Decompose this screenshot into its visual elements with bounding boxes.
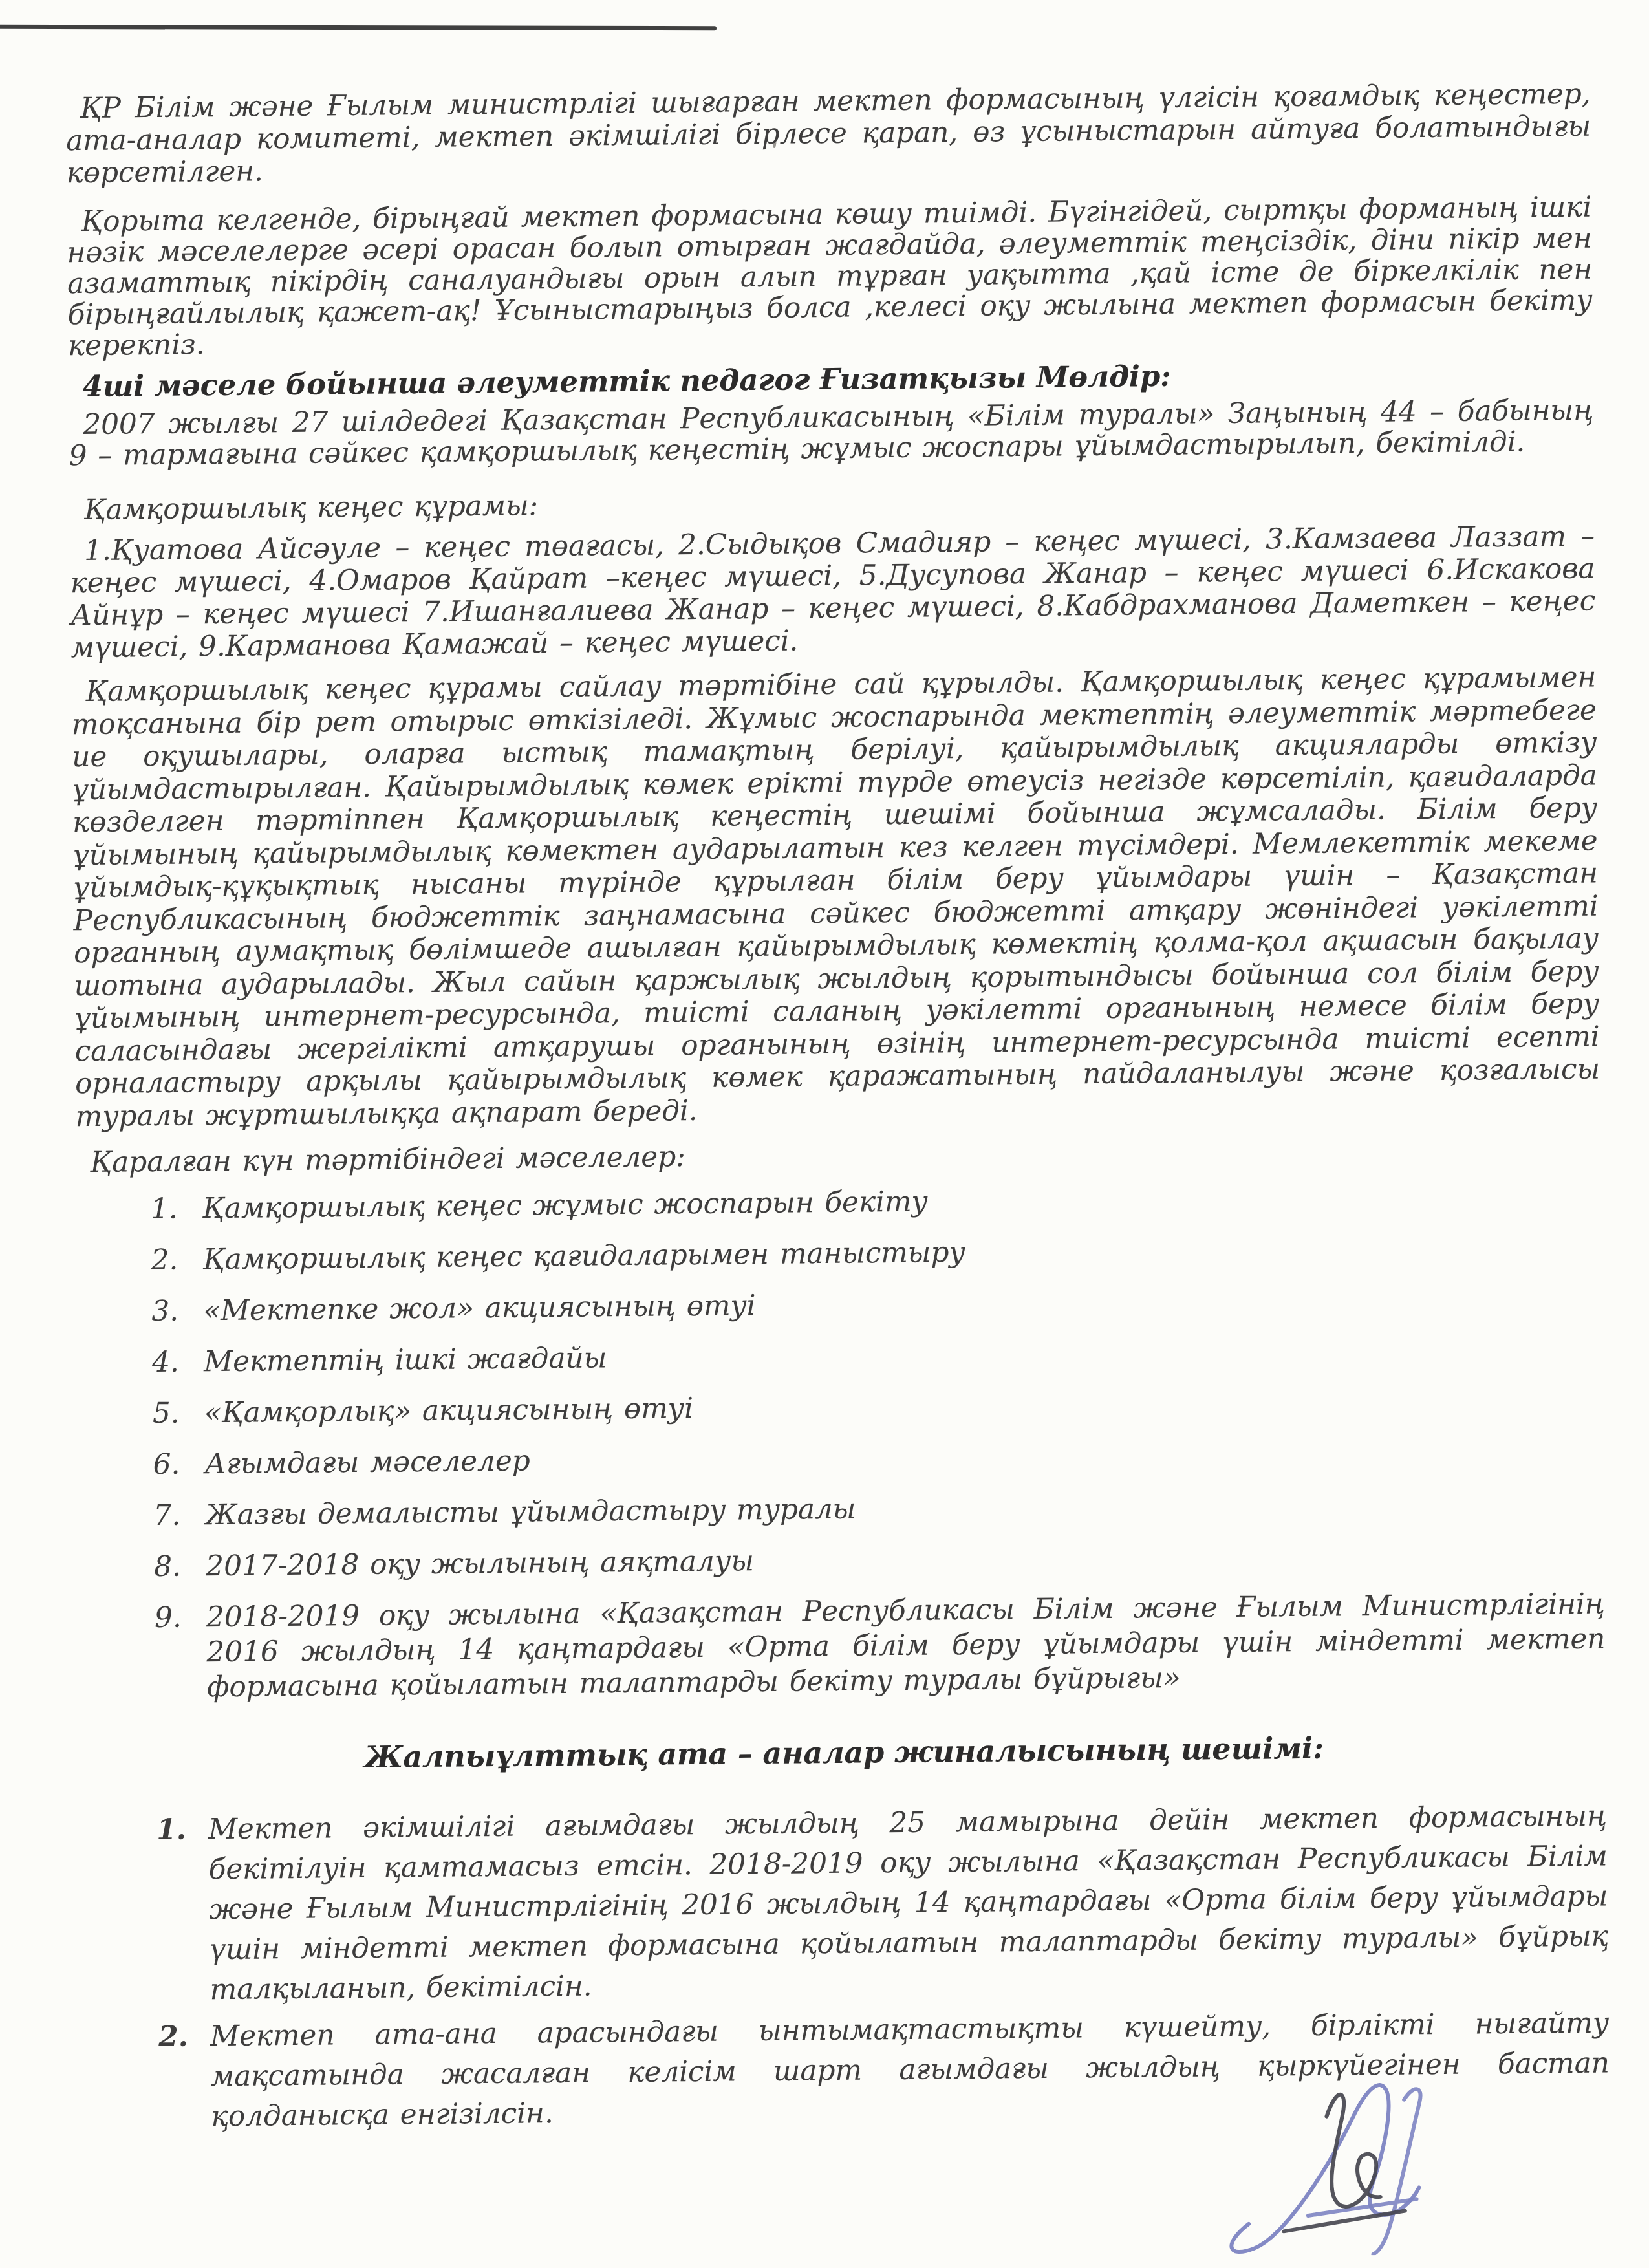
- agenda-list: 1.Қамқоршылық кеңес жұмыс жоспарын бекіт…: [151, 1178, 1606, 1705]
- agenda-item-number: 9.: [155, 1600, 207, 1636]
- council-members-paragraph: 1.Қуатова Айсәуле – кеңес төағасы, 2.Сыд…: [70, 521, 1596, 665]
- decision-item-text: Мектеп әкімшілігі ағымдағы жылдың 25 мам…: [208, 1797, 1609, 2011]
- agenda-item-text: Жазғы демалысты ұйымдастыру туралы: [205, 1485, 1604, 1533]
- agenda-item: 9.2018-2019 оқу жылына «Қазақстан Респуб…: [155, 1587, 1606, 1706]
- document-content: ҚР Білім және Ғылым министрлігі шығарған…: [0, 0, 1649, 2145]
- agenda-item-number: 4.: [152, 1345, 204, 1380]
- decision-item-number: 2.: [158, 2016, 211, 2057]
- law-paragraph: 2007 жылғы 27 шілдедегі Қазақстан Респуб…: [69, 395, 1594, 472]
- agenda-item-text: Ағымдағы мәселелер: [204, 1434, 1603, 1482]
- agenda-item: 8.2017-2018 оқу жылының аяқталуы: [154, 1536, 1604, 1585]
- agenda-item: 3.«Мектепке жол» акциясының өтуі: [151, 1280, 1602, 1330]
- agenda-item-text: Қамқоршылық кеңес қағидаларымен таныстыр…: [202, 1229, 1601, 1278]
- agenda-item-number: 2.: [151, 1242, 203, 1278]
- summary-paragraph: Қорыта келгенде, бірыңғай мектеп формасы…: [67, 192, 1593, 362]
- agenda-item-number: 5.: [153, 1396, 205, 1431]
- agenda-item: 4.Мектептің ішкі жағдайы: [152, 1332, 1602, 1381]
- council-members-label: Қамқоршылық кеңес құрамы:: [69, 481, 1594, 526]
- agenda-item-text: 2017-2018 оқу жылының аяқталуы: [206, 1536, 1604, 1584]
- intro-paragraph: ҚР Білім және Ғылым министрлігі шығарған…: [65, 78, 1591, 190]
- scanned-document-page: ҚР Білім және Ғылым министрлігі шығарған…: [0, 0, 1649, 2268]
- agenda-item-number: 8.: [154, 1549, 206, 1584]
- agenda-item-number: 1.: [151, 1191, 203, 1227]
- agenda-item-text: Мектептің ішкі жағдайы: [204, 1332, 1602, 1380]
- agenda-item: 5.«Қамқорлық» акциясының өтуі: [153, 1383, 1603, 1432]
- council-work-paragraph: Қамқоршылық кеңес құрамы сайлау тәртібін…: [71, 662, 1600, 1134]
- agenda-item-text: «Мектепке жол» акциясының өтуі: [203, 1280, 1602, 1329]
- decision-heading: Жалпыұлттық ата – аналар жиналысының шеш…: [81, 1729, 1606, 1777]
- agenda-item: 6.Ағымдағы мәселелер: [153, 1434, 1603, 1483]
- agenda-item: 1.Қамқоршылық кеңес жұмыс жоспарын бекіт…: [151, 1178, 1601, 1227]
- agenda-item-number: 7.: [153, 1498, 206, 1533]
- agenda-item-text: 2018-2019 оқу жылына «Қазақстан Республи…: [206, 1587, 1606, 1705]
- signature: [1210, 2060, 1496, 2256]
- agenda-item-text: Қамқоршылық кеңес жұмыс жоспарын бекіту: [202, 1178, 1601, 1227]
- agenda-item-number: 3.: [151, 1293, 204, 1329]
- agenda-label: Қаралған күн тәртібіндегі мәселелер:: [76, 1133, 1600, 1179]
- agenda-item: 2.Қамқоршылық кеңес қағидаларымен таныст…: [151, 1229, 1601, 1279]
- agenda-item: 7.Жазғы демалысты ұйымдастыру туралы: [153, 1485, 1604, 1534]
- agenda-item-text: «Қамқорлық» акциясының өтуі: [204, 1383, 1603, 1431]
- decision-item-number: 1.: [156, 1809, 209, 1850]
- decision-item: 1.Мектеп әкімшілігі ағымдағы жылдың 25 м…: [156, 1797, 1609, 2011]
- agenda-item-number: 6.: [153, 1447, 205, 1482]
